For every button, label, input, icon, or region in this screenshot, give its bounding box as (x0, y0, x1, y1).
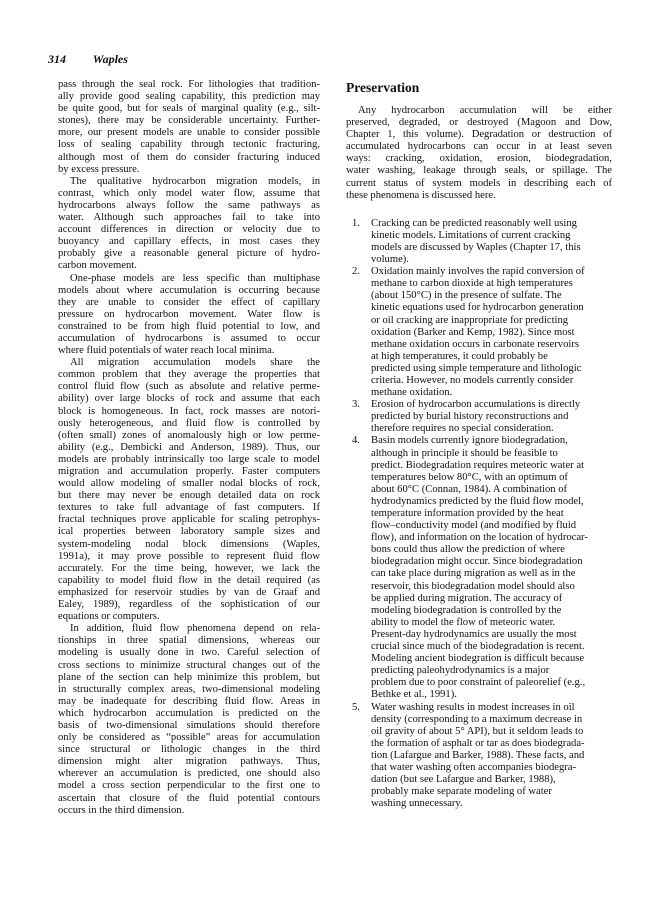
intro-paragraph: Any hydrocarbon accumulation will be eit… (346, 105, 612, 202)
text-line: can take place during migration as well … (371, 568, 612, 580)
text-line: loss of sealing capability through tecto… (58, 139, 320, 151)
paragraph: In addition, fluid flow phenomena depend… (58, 623, 320, 817)
text-line: bons could thus allow the prediction of … (371, 544, 612, 556)
text-line: occurs in the third dimension. (58, 805, 320, 817)
text-line: predicted by burial history reconstructi… (371, 411, 612, 423)
text-line: plane of the section can help minimize t… (58, 672, 320, 684)
text-line: tionships in three spatial dimensions, w… (58, 635, 320, 647)
text-line: models are probably intrinsically too la… (58, 454, 320, 466)
text-line: account differences in direction or velo… (58, 224, 320, 236)
text-line: models are discussed by Waples (Chapter … (371, 242, 612, 254)
text-line: models about where accumulation is occur… (58, 285, 320, 297)
running-head-author: Waples (93, 52, 128, 66)
text-line: which hydrocarbon accumulation is predic… (58, 708, 320, 720)
text-line: methane oxidation. (371, 387, 612, 399)
text-line: where fluid potentials of water reach lo… (58, 345, 320, 357)
text-line: flow), and information on the location o… (371, 532, 612, 544)
text-line: water. Although such approaches fail to … (58, 212, 320, 224)
text-line: modeling biodegradation is controlled by… (371, 605, 612, 617)
text-line: methane to carbon dioxide at high temper… (371, 278, 612, 290)
text-line: stones), there may be considerable uncer… (58, 115, 320, 127)
section-heading-preservation: Preservation (346, 80, 612, 96)
text-line: All migration accumulation models share … (58, 357, 320, 369)
text-line: volume). (371, 254, 612, 266)
text-line: ability (e.g., Dembicki and Anderson, 19… (58, 442, 320, 454)
text-line: oil gravity of about 5° API), but it sel… (371, 726, 612, 738)
text-line: Water washing results in modest increase… (371, 702, 612, 714)
list-item-number: 5. (352, 702, 360, 714)
text-line: model a cross section perpendicular to t… (58, 780, 320, 792)
text-line: (often small) zones of anomalously high … (58, 430, 320, 442)
text-line: In addition, fluid flow phenomena depend… (58, 623, 320, 635)
list-item-number: 3. (352, 399, 360, 411)
text-line: One-phase models are less specific than … (58, 273, 320, 285)
list-item-number: 1. (352, 218, 360, 230)
text-line: accumulated hydrocarbons can occur in at… (346, 141, 612, 153)
text-line: but there may never be enough detailed d… (58, 490, 320, 502)
text-line: dation (but see Lafargue and Barker, 198… (371, 774, 612, 786)
text-line: Ealey, 1989), regardless of the sophisti… (58, 599, 320, 611)
text-line: kinetic models. Limitations of current c… (371, 230, 612, 242)
list-item: 1.Cracking can be predicted reasonably w… (352, 218, 612, 266)
text-line: in structurally complex areas, two-dimen… (58, 684, 320, 696)
text-line: migration and accumulation properly. Fas… (58, 466, 320, 478)
text-line: although most of them do consider fractu… (58, 152, 320, 164)
text-line: The qualitative hydrocarbon migration mo… (58, 176, 320, 188)
text-line: ascertain that closure of the fluid pote… (58, 793, 320, 805)
text-line: accurately. For the time being, however,… (58, 563, 320, 575)
text-line: kinetic equations used for hydrocarbon g… (371, 302, 612, 314)
list-item: 3.Erosion of hydrocarbon accumulations i… (352, 399, 612, 435)
text-line: accumulation of hydrocarbons is assumed … (58, 333, 320, 345)
text-line: preserved, degraded, or destroyed (Magoo… (346, 117, 612, 129)
text-line: cross sections to minimize structural ch… (58, 660, 320, 672)
text-line: fractal techniques prove applicable for … (58, 514, 320, 526)
text-line: density (corresponding to a maximum decr… (371, 714, 612, 726)
paragraph: The qualitative hydrocarbon migration mo… (58, 176, 320, 273)
page-number: 314 (48, 52, 90, 67)
text-line: carbon movement. (58, 260, 320, 272)
text-line: although in principle it should be feasi… (371, 448, 612, 460)
text-line: Chapter 1, this volume). Degradation or … (346, 129, 612, 141)
text-line: modeling is usually done in two. Careful… (58, 647, 320, 659)
list-item-number: 2. (352, 266, 360, 278)
text-line: about 60°C (Connan, 1984). A combination… (371, 484, 612, 496)
text-line: dimension might alter migration pathways… (58, 756, 320, 768)
text-line: they are unable to consider the effect o… (58, 297, 320, 309)
text-line: Any hydrocarbon accumulation will be eit… (346, 105, 612, 117)
text-line: biodegradation might occur. Since biodeg… (371, 556, 612, 568)
text-line: temperature information provided by the … (371, 508, 612, 520)
text-line: probably give a reasonable general pictu… (58, 248, 320, 260)
paragraph: All migration accumulation models share … (58, 357, 320, 623)
list-item: 4.Basin models currently ignore biodegra… (352, 435, 612, 701)
text-line: control fluid flow (such as absolute and… (58, 381, 320, 393)
text-line: Bethke et al., 1991). (371, 689, 612, 701)
running-head: 314 Waples (48, 52, 128, 67)
text-line: (about 150°C) in the presence of sulfate… (371, 290, 612, 302)
text-line: Modeling ancient biodegration is difficu… (371, 653, 612, 665)
list-item: 2.Oxidation mainly involves the rapid co… (352, 266, 612, 399)
text-line: buoyancy and capillary effects, in most … (58, 236, 320, 248)
text-line: ical properties between laboratory sampl… (58, 526, 320, 538)
text-line: hydrodynamics predicted by the fluid flo… (371, 496, 612, 508)
right-column: Preservation Any hydrocarbon accumulatio… (346, 80, 612, 810)
text-line: ability to model the flow of meteoric wa… (371, 617, 612, 629)
text-line: common problem that they average the pro… (58, 369, 320, 381)
text-line: the formation of asphalt or tar as does … (371, 738, 612, 750)
text-line: 1991a), it may prove possible to represe… (58, 551, 320, 563)
text-line: these phenomena is discussed here. (346, 190, 612, 202)
text-line: reservoir, this biodegradation model sho… (371, 581, 612, 593)
text-line: emphasized for reservoir studies by van … (58, 587, 320, 599)
text-line: since structural or lithologic changes i… (58, 744, 320, 756)
text-line: Erosion of hydrocarbon accumulations is … (371, 399, 612, 411)
text-line: hydrocarbons always follow the same path… (58, 200, 320, 212)
list-item-number: 4. (352, 435, 360, 447)
text-line: be quite good, but for seals of marginal… (58, 103, 320, 115)
text-line: by excess pressure. (58, 164, 320, 176)
text-line: pass through the seal rock. For litholog… (58, 79, 320, 91)
text-line: may be inadequate for describing fluid f… (58, 696, 320, 708)
text-line: would allow modeling of smaller nodal bl… (58, 478, 320, 490)
text-line: ability) over large blocks of rock and a… (58, 393, 320, 405)
text-line: crucial since much of the biodegradation… (371, 641, 612, 653)
text-line: equations or computers. (58, 611, 320, 623)
text-line: pressure on hydrocarbon movement. Water … (58, 309, 320, 321)
text-line: constrained to be from high fluid potent… (58, 321, 320, 333)
text-line: system-modeling nodal block dimensions (… (58, 539, 320, 551)
text-line: Basin models currently ignore biodegrada… (371, 435, 612, 447)
text-line: predicted using simple temperature and l… (371, 363, 612, 375)
text-line: probably make separate modeling of water (371, 786, 612, 798)
text-line: only be considered as “possible” areas f… (58, 732, 320, 744)
text-line: predicting paleohydrodynamics is a major (371, 665, 612, 677)
text-line: more, our present models are unable to c… (58, 127, 320, 139)
text-line: problem due to poor constraint of paleor… (371, 677, 612, 689)
paragraph: pass through the seal rock. For litholog… (58, 79, 320, 176)
text-line: textures to take full advantage of fast … (58, 502, 320, 514)
text-line: predict. Biodegradation requires meteori… (371, 460, 612, 472)
text-line: tion (Lafargue and Barker, 1988). These … (371, 750, 612, 762)
list-item: 5.Water washing results in modest increa… (352, 702, 612, 811)
text-line: Cracking can be predicted reasonably wel… (371, 218, 612, 230)
text-line: oxidation (Barker and Kemp, 1982). Since… (371, 327, 612, 339)
text-line: contrast, which only model water flow, a… (58, 188, 320, 200)
text-line: Oxidation mainly involves the rapid conv… (371, 266, 612, 278)
text-line: block is homogeneous. In fact, rock mass… (58, 406, 320, 418)
text-line: current status of system models in descr… (346, 178, 612, 190)
text-line: or oil cracking are inappropriate for pr… (371, 315, 612, 327)
left-column: pass through the seal rock. For litholog… (58, 79, 320, 817)
text-line: water washing, leakage through seals, or… (346, 165, 612, 177)
text-line: washing unnecessary. (371, 798, 612, 810)
paragraph: One-phase models are less specific than … (58, 273, 320, 358)
text-line: capability to model fluid flow in the de… (58, 575, 320, 587)
text-line: basis of two-dimensional simulations sho… (58, 720, 320, 732)
text-line: be applied during migration. The accurac… (371, 593, 612, 605)
text-line: methane oxidation occurs in carbonate re… (371, 339, 612, 351)
text-line: ways: cracking, oxidation, erosion, biod… (346, 153, 612, 165)
text-line: ously heterogeneous, and fluid flow is c… (58, 418, 320, 430)
text-line: criteria. However, no models currently c… (371, 375, 612, 387)
text-line: at high temperatures, it could probably … (371, 351, 612, 363)
text-line: temperatures below 80°C, with an optimum… (371, 472, 612, 484)
text-line: flow–conductivity model (and modified by… (371, 520, 612, 532)
spacer (346, 202, 612, 218)
numbered-list: 1.Cracking can be predicted reasonably w… (346, 218, 612, 811)
text-line: ally provide good sealing capability, th… (58, 91, 320, 103)
text-line: Present-day hydrodynamics are usually th… (371, 629, 612, 641)
text-line: that water washing often accompanies bio… (371, 762, 612, 774)
text-line: therefore requires no special considerat… (371, 423, 612, 435)
text-line: wherever an accumulation is predicted, o… (58, 768, 320, 780)
